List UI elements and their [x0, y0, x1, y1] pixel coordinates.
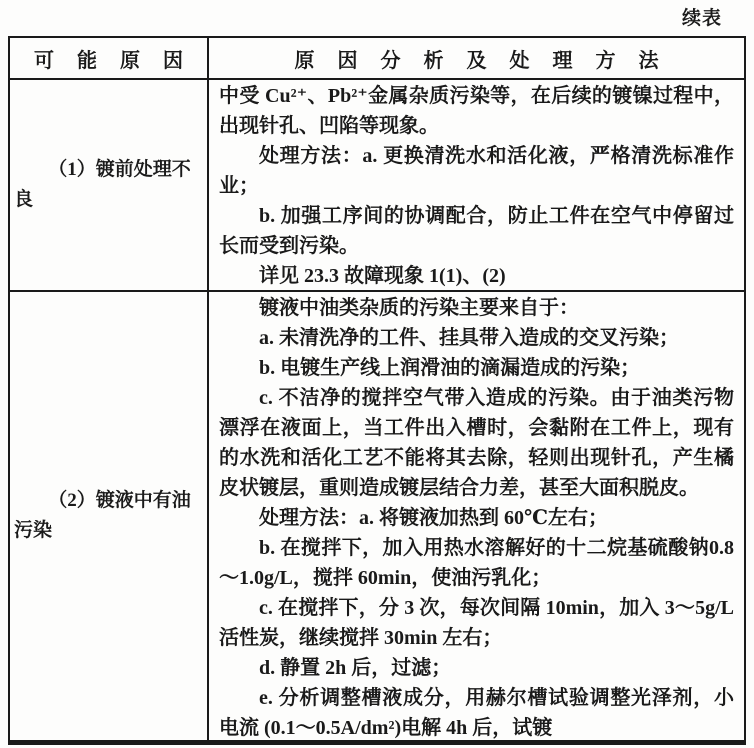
cause-text: （1）镀前处理不良 [14, 155, 203, 215]
paragraph: a. 未清洗净的工件、挂具带入造成的交叉污染； [219, 323, 734, 353]
table-row-2-analysis-cell: 镀液中油类杂质的污染主要来自于： a. 未清洗净的工件、挂具带入造成的交叉污染；… [209, 292, 744, 740]
paragraph: d. 静置 2h 后，过滤； [219, 653, 734, 683]
paragraph: 中受 Cu²⁺、Pb²⁺金属杂质污染等，在后续的镀镍过程中，出现针孔、凹陷等现象… [219, 81, 734, 141]
table-row-1-analysis-cell: 中受 Cu²⁺、Pb²⁺金属杂质污染等，在后续的镀镍过程中，出现针孔、凹陷等现象… [209, 80, 744, 292]
troubleshooting-table: 可 能 原 因 原 因 分 析 及 处 理 方 法 （1）镀前处理不良 中受 C… [8, 36, 746, 745]
continued-table-label: 续表 [682, 3, 722, 30]
paragraph: c. 在搅拌下，分 3 次，每次间隔 10min，加入 3～5g/L活性炭，继续… [219, 593, 734, 653]
paragraph: 镀液中油类杂质的污染主要来自于： [219, 293, 734, 323]
paragraph: 处理方法：a. 更换清洗水和活化液，严格清洗标准作业； [219, 141, 734, 201]
paragraph: b. 在搅拌下，加入用热水溶解好的十二烷基硫酸钠0.8～1.0g/L，搅拌 60… [219, 533, 734, 593]
paragraph: 详见 23.3 故障现象 1(1)、(2) [219, 261, 734, 291]
table-row-2-cause-cell: （2）镀液中有油污染 [10, 292, 209, 740]
paragraph: b. 电镀生产线上润滑油的滴漏造成的污染； [219, 353, 734, 383]
column-header-analysis-treatment: 原 因 分 析 及 处 理 方 法 [209, 38, 744, 80]
column-header-possible-cause: 可 能 原 因 [10, 38, 209, 80]
paragraph: e. 分析调整槽液成分，用赫尔槽试验调整光泽剂，小电流 (0.1～0.5A/dm… [219, 683, 734, 740]
table-row-1-cause-cell: （1）镀前处理不良 [10, 80, 209, 292]
cause-text: （2）镀液中有油污染 [14, 486, 203, 546]
paragraph: c. 不洁净的搅拌空气带入造成的污染。由于油类污物漂浮在液面上，当工件出入槽时，… [219, 383, 734, 503]
paragraph: 处理方法：a. 将镀液加热到 60℃左右； [219, 503, 734, 533]
paragraph: b. 加强工序间的协调配合，防止工件在空气中停留过长而受到污染。 [219, 201, 734, 261]
